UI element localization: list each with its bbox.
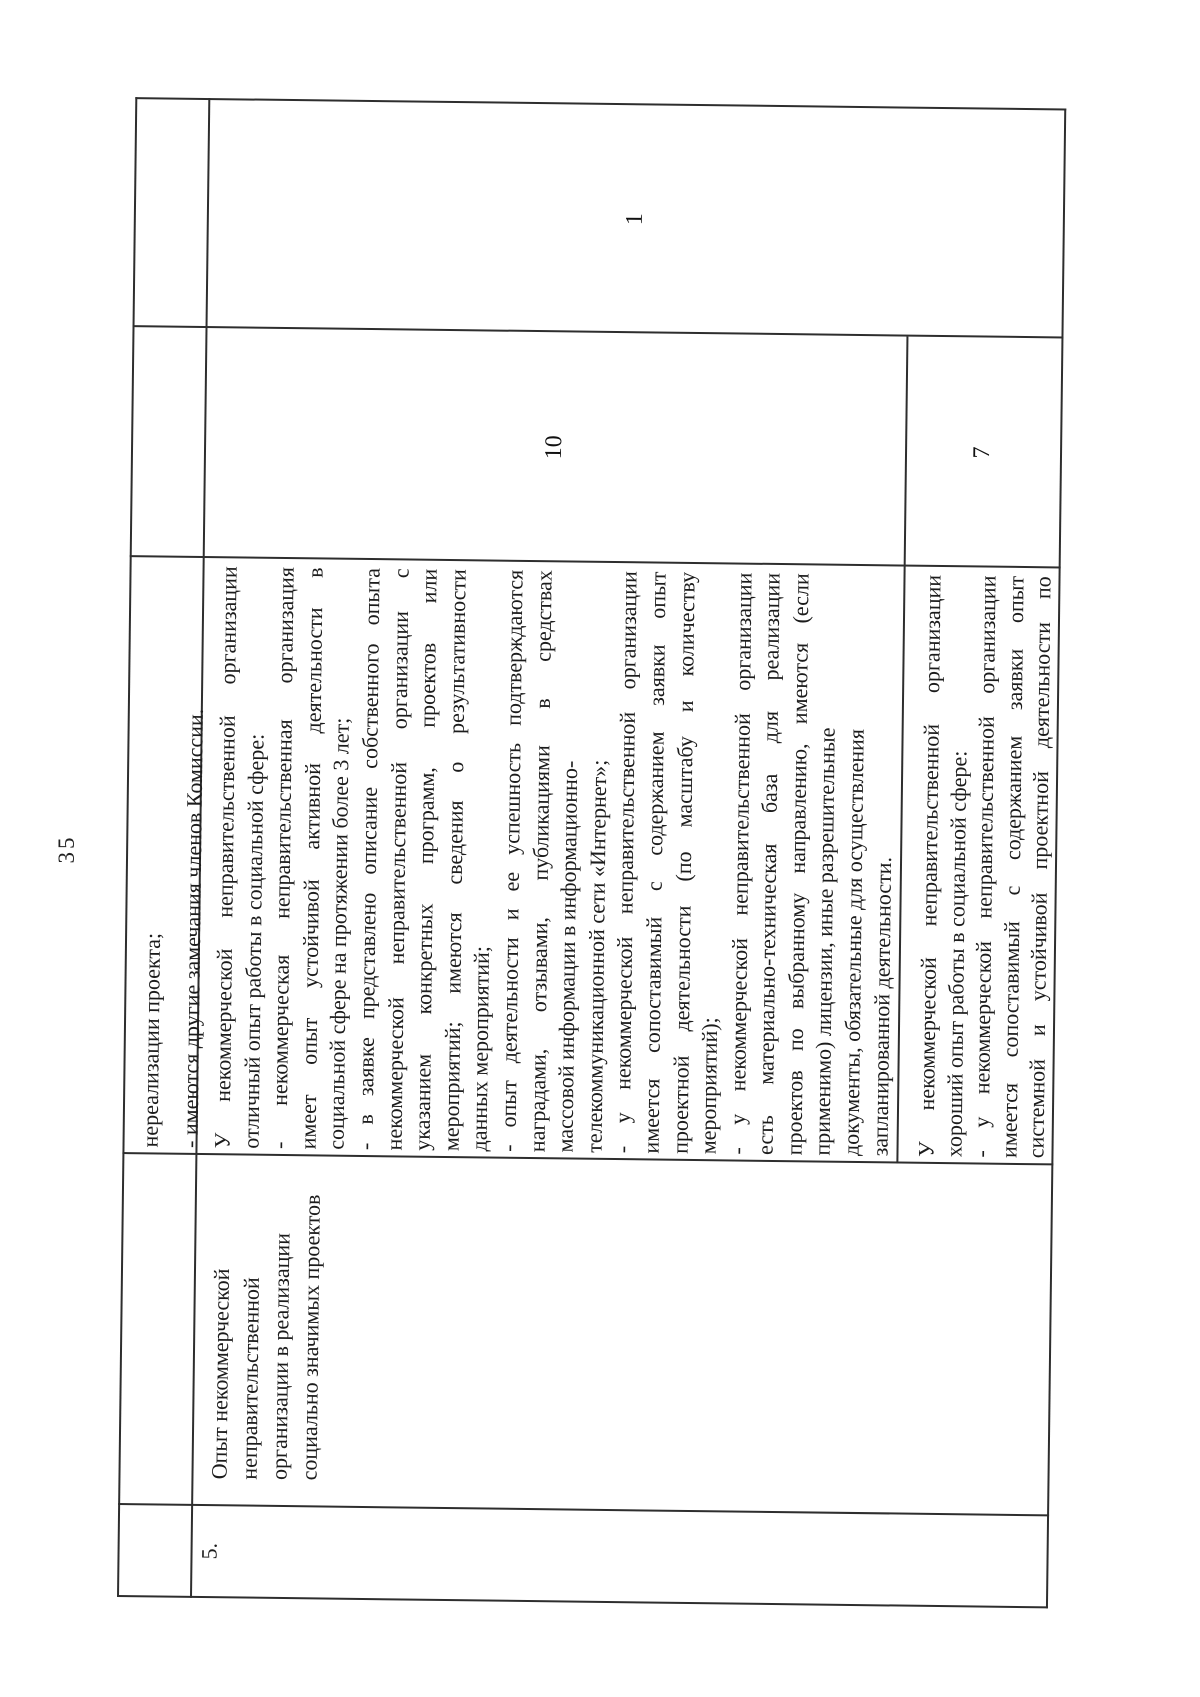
rotated-content: 35 5. Опыт некоммерческойнеправительстве… — [0, 0, 1200, 1697]
paragraph: - у некоммерческой неправительственной о… — [967, 575, 1057, 1158]
cell-score-10: 10 — [203, 328, 907, 567]
cell-criterion-name: Опыт некоммерческойнеправительственнойор… — [191, 1155, 328, 1508]
page-number: 35 — [54, 789, 80, 909]
table-border-left — [117, 1595, 1048, 1608]
text-line: запланированной деятельности. — [866, 574, 902, 1156]
text-line: организации в реализации — [264, 1162, 298, 1480]
cell-description-excellent: У некоммерческой неправительственной орг… — [195, 558, 903, 1164]
cell-criterion-number: 5. — [196, 1506, 223, 1596]
text-line: социально значимых проектов — [294, 1162, 328, 1480]
text-line: системной и устойчивой проектной деятель… — [1022, 576, 1057, 1158]
criteria-table: 5. Опыт некоммерческойнеправительственно… — [117, 97, 1067, 1608]
cell-description-continuation: нереализации проекта;- имеются другие за… — [122, 557, 202, 1155]
paragraph: У некоммерческой неправительственной орг… — [208, 566, 272, 1149]
paragraph: - в заявке представлено описание собстве… — [351, 568, 501, 1152]
cell-weight: 1 — [206, 100, 1065, 338]
text-line: неправительственной — [234, 1161, 268, 1479]
text-line: нереализации проекта; — [130, 565, 177, 1147]
cell-description-good: У некоммерческой неправительственной орг… — [896, 567, 1061, 1166]
paragraph: - некоммерческая неправительственная орг… — [266, 567, 359, 1150]
document-page: 35 5. Опыт некоммерческойнеправительстве… — [0, 0, 1200, 1697]
paragraph: - у некоммерческой неправительственной о… — [723, 572, 902, 1156]
paragraph: - у некоммерческой неправительственной о… — [609, 571, 730, 1154]
cell-score-7: 7 — [904, 337, 1062, 569]
paragraph: У некоммерческой неправительственной орг… — [912, 575, 974, 1158]
paragraph: - опыт деятельности и ее успешность подт… — [494, 570, 615, 1153]
text-line: Опыт некоммерческой — [204, 1161, 238, 1479]
